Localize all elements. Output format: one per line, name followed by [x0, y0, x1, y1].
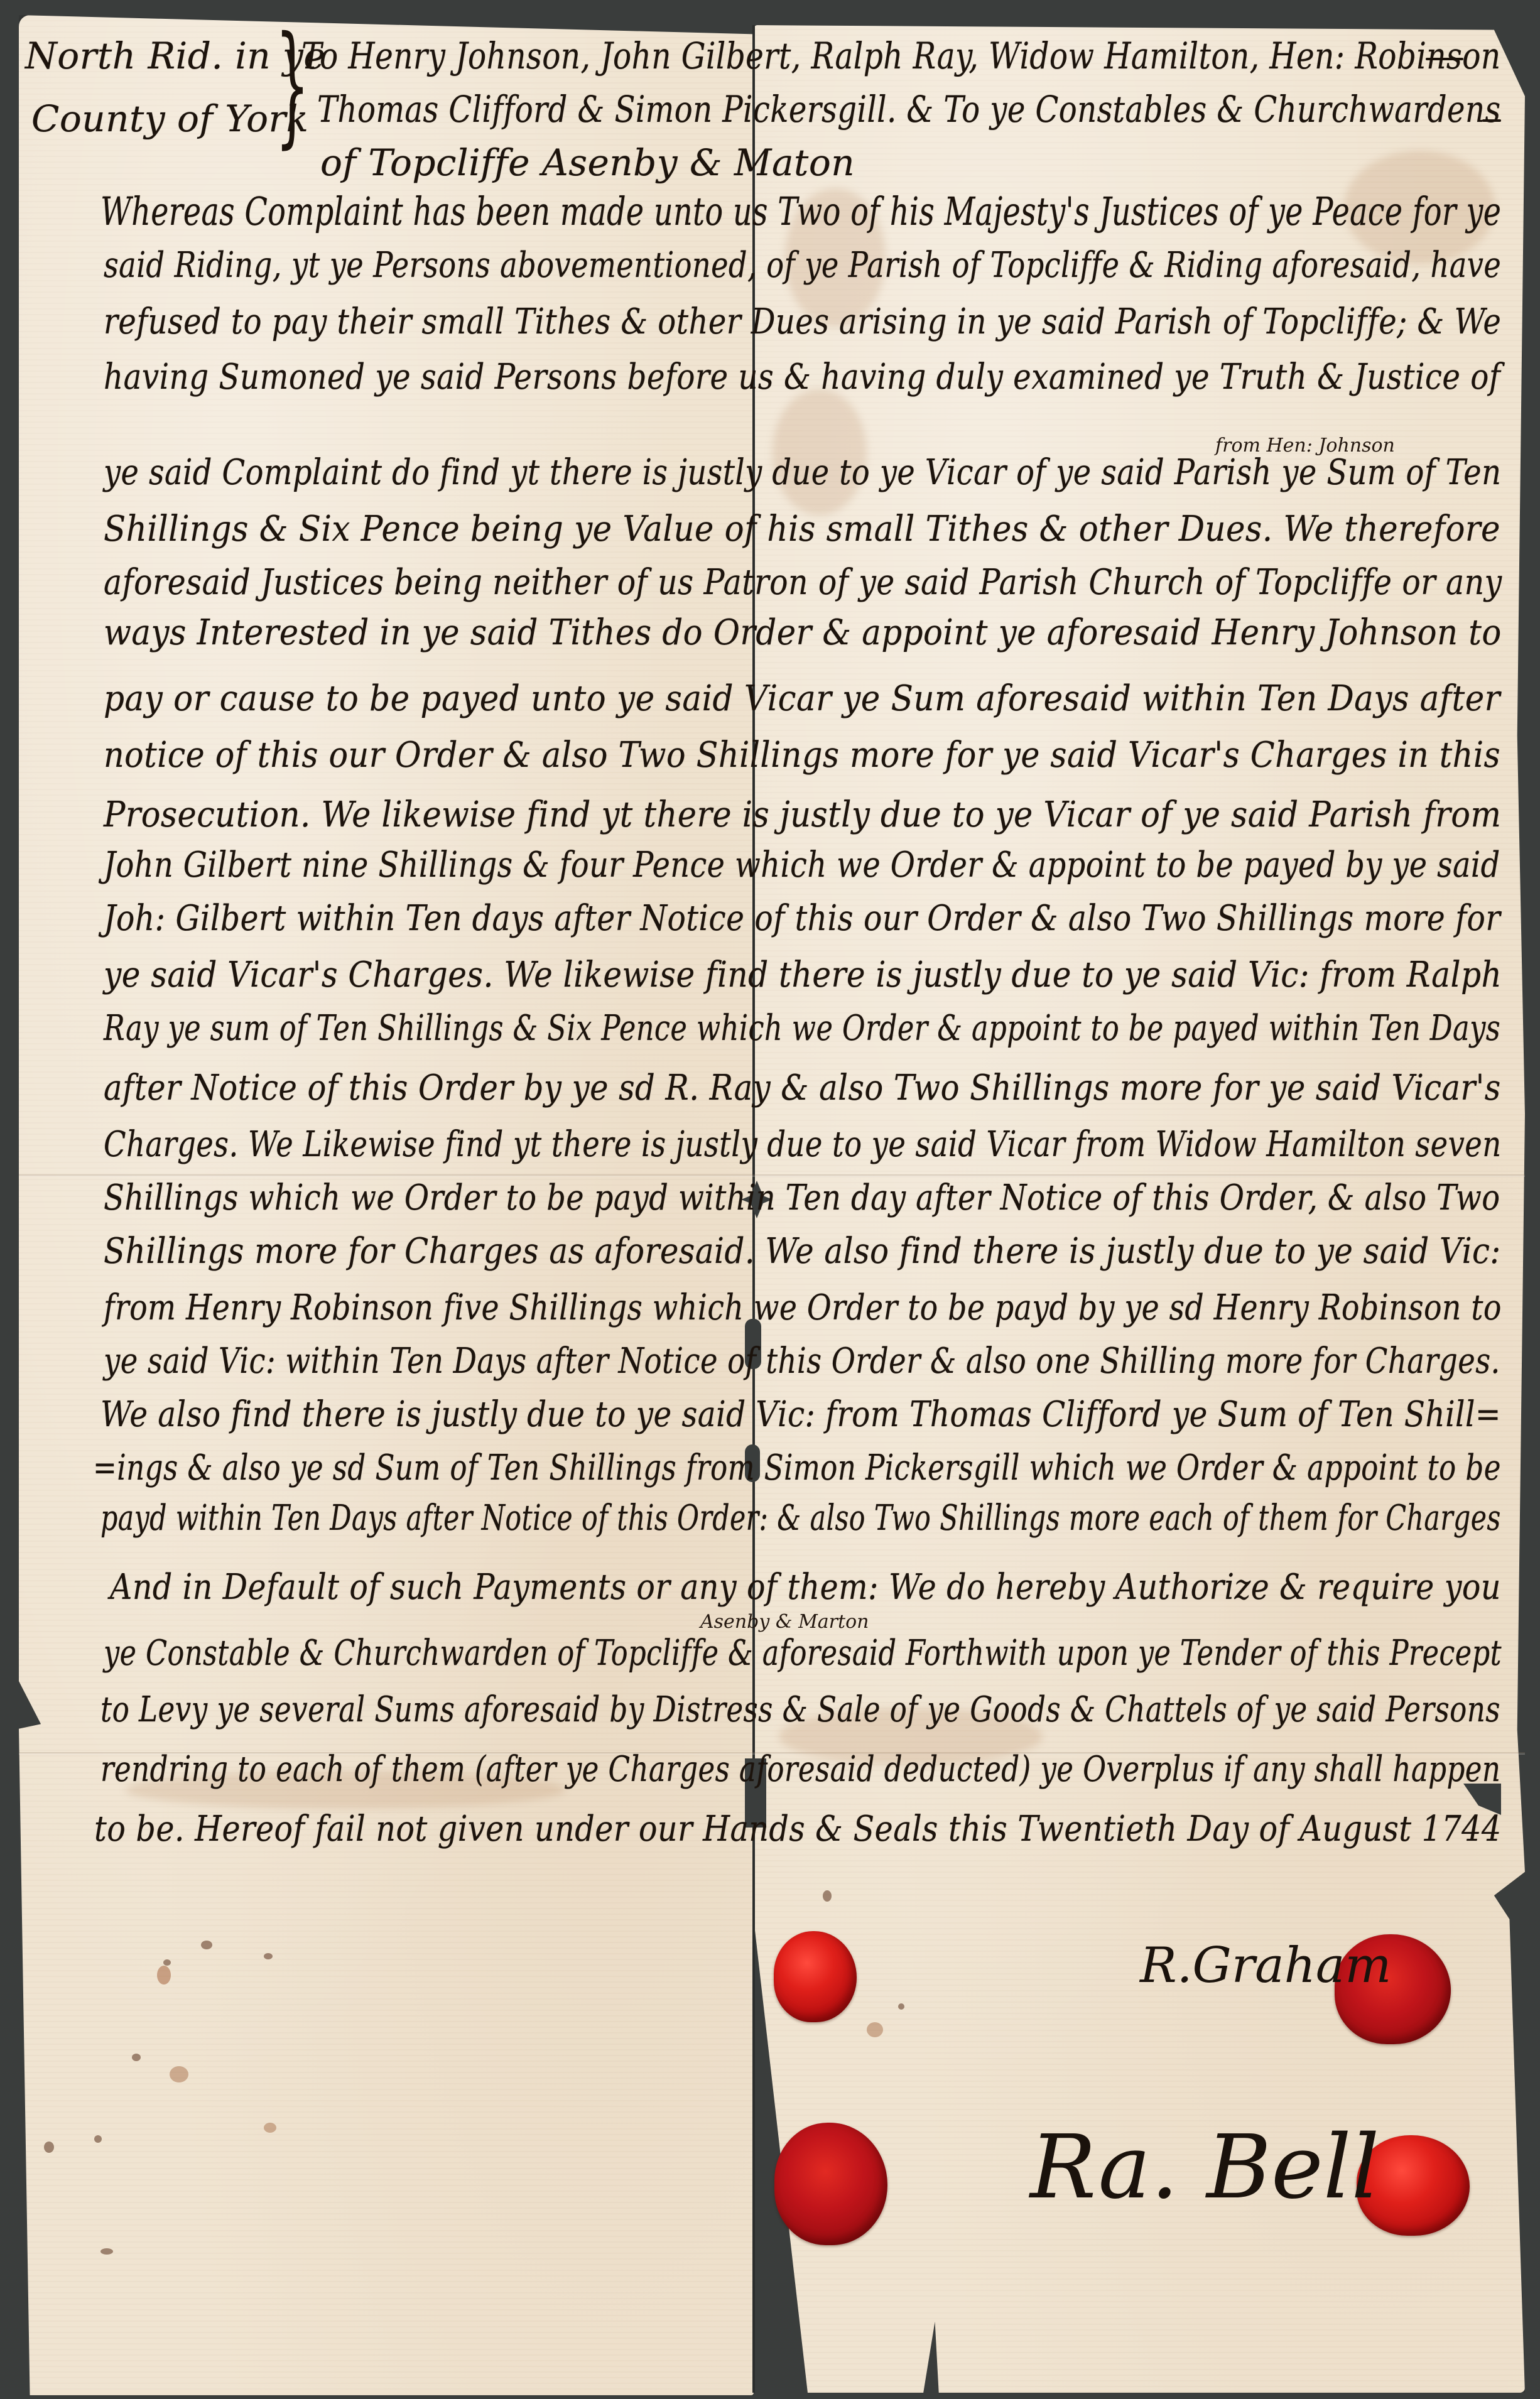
body-line: ye said Complaint do find yt there is ju…	[104, 452, 1501, 493]
body-line: ways Interested in ye said Tithes do Ord…	[104, 612, 1502, 653]
body-line: ye said Vicar's Charges. We likewise fin…	[104, 955, 1502, 995]
body-line: notice of this our Order & also Two Shil…	[104, 735, 1500, 776]
body-line: =ings & also ye sd Sum of Ten Shillings …	[93, 1448, 1501, 1488]
interlineation-asenby-marton: Asenby & Marton	[700, 1611, 869, 1633]
body-line: Prosecution. We likewise find yt there i…	[104, 794, 1501, 835]
default-clause-line: ye Constable & Churchwarden of Topcliffe…	[104, 1633, 1502, 1674]
wax-seal-upper-left	[774, 1931, 857, 2022]
body-line: aforesaid Justices being neither of us P…	[104, 562, 1502, 603]
addressee-line-3: of Topcliffe Asenby & Maton	[320, 141, 855, 184]
manuscript-text: North Rid. in ye County of York } To Hen…	[0, 0, 1540, 2399]
body-line: Joh: Gilbert within Ten days after Notic…	[104, 898, 1500, 939]
body-line: We also find there is justly due to ye s…	[100, 1394, 1501, 1435]
body-line: pay or cause to be payed unto ye said Vi…	[104, 678, 1500, 719]
addressee-line-1: To Henry Johnson, John Gilbert, Ralph Ra…	[301, 35, 1500, 77]
body-line: from Henry Robinson five Shillings which…	[104, 1287, 1502, 1328]
body-line: refused to pay their small Tithes & othe…	[104, 301, 1501, 342]
body-line: having Sumoned ye said Persons before us…	[104, 357, 1500, 398]
line-filler-dash	[1482, 119, 1501, 122]
default-clause-line: And in Default of such Payments or any o…	[110, 1567, 1501, 1608]
default-clause-line: to be. Hereof fail not given under our H…	[94, 1809, 1502, 1849]
signature-ra-bell: Ra. Bell	[1030, 2116, 1379, 2219]
wax-seal-lower-left	[774, 2123, 887, 2245]
body-line: Shillings which we Order to be payd with…	[104, 1178, 1500, 1218]
body-line: Ray ye sum of Ten Shillings & Six Pence …	[104, 1008, 1500, 1049]
default-clause-line: to Levy ye several Sums aforesaid by Dis…	[100, 1689, 1500, 1730]
body-line: ye said Vic: within Ten Days after Notic…	[104, 1341, 1500, 1382]
body-line: after Notice of this Order by ye sd R. R…	[104, 1068, 1501, 1108]
addressee-line-2: Thomas Clifford & Simon Pickersgill. & T…	[317, 88, 1500, 131]
body-line: Shillings & Six Pence being ye Value of …	[104, 509, 1500, 550]
default-clause-line: rendring to each of them (after ye Charg…	[100, 1749, 1500, 1790]
jurisdiction-line-2: County of York	[31, 97, 308, 140]
body-line: John Gilbert nine Shillings & four Pence…	[104, 845, 1500, 885]
body-line: payd within Ten Days after Notice of thi…	[100, 1498, 1501, 1539]
signature-r-graham: R.Graham	[1140, 1937, 1391, 1994]
body-line: Whereas Complaint has been made unto us …	[100, 188, 1501, 234]
body-line: Charges. We Likewise find yt there is ju…	[104, 1124, 1502, 1165]
body-line: said Riding, yt ye Persons abovementione…	[104, 245, 1501, 286]
body-line: Shillings more for Charges as aforesaid.…	[104, 1231, 1501, 1272]
line-filler-dash	[1426, 58, 1463, 60]
